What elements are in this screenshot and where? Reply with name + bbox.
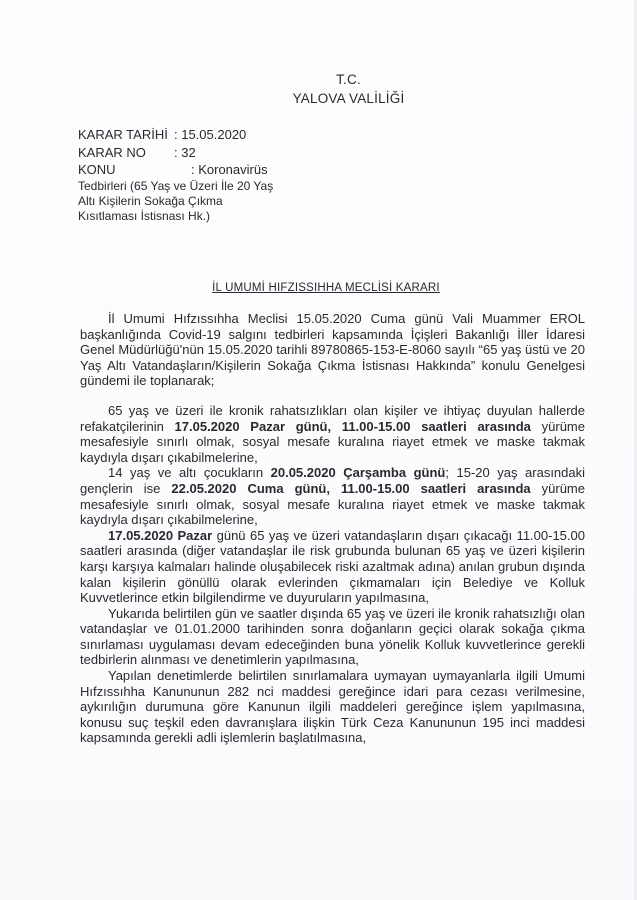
emphasized-text: 17.05.2020 Pazar günü, 11.00-15.00 saatl… (175, 419, 531, 434)
body-paragraph: Yapılan denetimlerde belirtilen sınırlam… (80, 668, 585, 746)
paragraph-text: Yapılan denetimlerde belirtilen sınırlam… (80, 668, 585, 745)
paragraph-text: 14 yaş ve altı çocukların (108, 465, 271, 480)
decision-date-row: KARAR TARİHİ: 15.05.2020 (78, 126, 283, 144)
body-paragraph: 14 yaş ve altı çocukların 20.05.2020 Çar… (80, 465, 585, 527)
subject-value-continued: Tedbirleri (65 Yaş ve Üzeri İle 20 Yaş A… (78, 179, 283, 224)
decision-no-row: KARAR NO: 32 (78, 144, 283, 162)
subject-value: : Koronavirüs (191, 162, 268, 177)
document-page: T.C. YALOVA VALİLİĞİ KARAR TARİHİ: 15.05… (0, 0, 637, 900)
decision-date-value: : 15.05.2020 (174, 127, 246, 142)
decision-body: İl Umumi Hıfzıssıhha Meclisi 15.05.2020 … (80, 311, 585, 746)
decision-title-text: İL UMUMİ HIFZISSIHHA MECLİSİ KARARI (212, 282, 440, 294)
paragraph-text: İl Umumi Hıfzıssıhha Meclisi 15.05.2020 … (80, 311, 585, 388)
body-paragraph: İl Umumi Hıfzıssıhha Meclisi 15.05.2020 … (80, 311, 585, 389)
emphasized-text: 17.05.2020 Pazar (108, 528, 212, 543)
emphasized-text: 20.05.2020 Çarşamba günü (271, 465, 446, 480)
paragraph-text: Yukarıda belirtilen gün ve saatler dışın… (80, 606, 585, 668)
decision-date-label: KARAR TARİHİ (78, 126, 174, 144)
document-header: T.C. YALOVA VALİLİĞİ (0, 70, 637, 108)
header-tc: T.C. (60, 70, 637, 89)
decision-no-value: : 32 (174, 145, 196, 160)
decision-title: İL UMUMİ HIFZISSIHHA MECLİSİ KARARI (0, 282, 637, 294)
decision-no-label: KARAR NO (78, 144, 174, 162)
subject-label: KONU (78, 161, 191, 179)
decision-meta: KARAR TARİHİ: 15.05.2020 KARAR NO: 32 KO… (78, 126, 283, 224)
body-paragraph: 65 yaş ve üzeri ile kronik rahatsızlıkla… (80, 403, 585, 465)
body-paragraph: Yukarıda belirtilen gün ve saatler dışın… (80, 606, 585, 668)
body-paragraph: 17.05.2020 Pazar günü 65 yaş ve üzeri va… (80, 528, 585, 606)
emphasized-text: 22.05.2020 Cuma günü, 11.00-15.00 saatle… (171, 481, 530, 496)
subject-row: KONU: Koronavirüs (78, 161, 283, 179)
header-governorship: YALOVA VALİLİĞİ (60, 89, 637, 108)
